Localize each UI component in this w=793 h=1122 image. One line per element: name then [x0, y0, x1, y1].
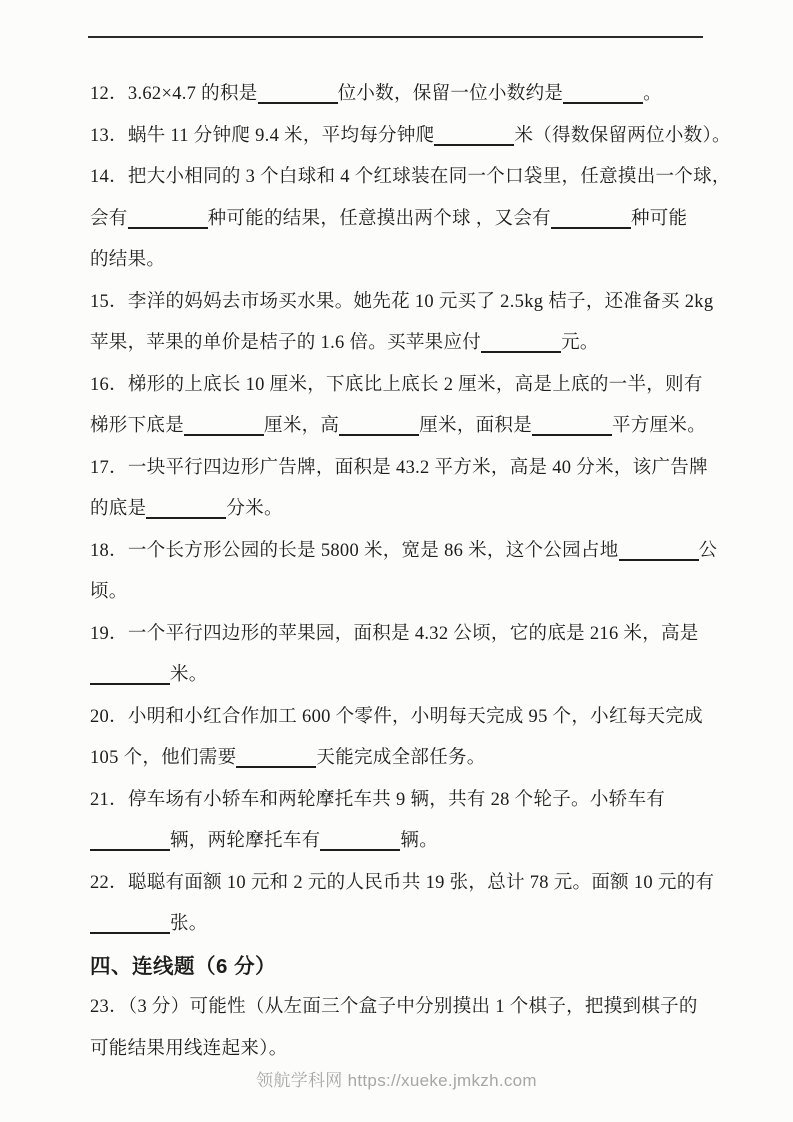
- question-text: 天能完成全部任务。: [316, 748, 485, 768]
- question-item: 20．小明和小红合作加工 600 个零件，小明每天完成 95 个，小红每天完成1…: [90, 697, 730, 780]
- top-rule: [88, 36, 703, 38]
- question-item: 21．停车场有小轿车和两轮摩托车共 9 辆，共有 28 个轮子。小轿车有辆，两轮…: [90, 780, 730, 863]
- question-text: 种可能的结果，任意摸出两个球 ，又会有: [208, 209, 551, 229]
- answer-blank[interactable]: [90, 916, 170, 934]
- question-text: 的结果。: [90, 250, 165, 270]
- question-text: 顷。: [90, 582, 128, 602]
- question-line: 16．梯形的上底长 10 厘米，下底比上底长 2 厘米，高是上底的一半，则有: [90, 365, 730, 407]
- question-text: 15．李洋的妈妈去市场买水果。她先花 10 元买了 2.5kg 桔子，还准备买 …: [90, 292, 713, 312]
- question-line: 19．一个平行四边形的苹果园，面积是 4.32 公顷，它的底是 216 米，高是: [90, 614, 730, 656]
- question-text: 22．聪聪有面额 10 元和 2 元的人民币共 19 张，总计 78 元。面额 …: [90, 873, 714, 893]
- question-text: 米。: [170, 665, 208, 685]
- question-text: 梯形下底是: [90, 416, 184, 436]
- question-text: 平方厘米。: [612, 416, 706, 436]
- question-text: 23．（3 分）可能性（从左面三个盒子中分别摸出 1 个棋子，把摸到棋子的: [90, 997, 698, 1017]
- question-item: 18．一个长方形公园的长是 5800 米，宽是 86 米，这个公园占地公顷。: [90, 531, 730, 614]
- question-line: 23．（3 分）可能性（从左面三个盒子中分别摸出 1 个棋子，把摸到棋子的: [90, 987, 730, 1029]
- question-text: 米（得数保留两位小数）。: [514, 126, 730, 146]
- question-text: 辆，两轮摩托车有: [170, 831, 320, 851]
- question-text: 105 个，他们需要: [90, 748, 236, 768]
- question-text: 18．一个长方形公园的长是 5800 米，宽是 86 米，这个公园占地: [90, 541, 619, 561]
- question-line: 22．聪聪有面额 10 元和 2 元的人民币共 19 张，总计 78 元。面额 …: [90, 863, 730, 905]
- question-line: 可能结果用线连起来）。: [90, 1029, 730, 1071]
- question-text: 苹果，苹果的单价是桔子的 1.6 倍。买苹果应付: [90, 333, 481, 353]
- question-line: 20．小明和小红合作加工 600 个零件，小明每天完成 95 个，小红每天完成: [90, 697, 730, 739]
- question-line: 13．蜗牛 11 分钟爬 9.4 米，平均每分钟爬米（得数保留两位小数）。: [90, 116, 730, 158]
- answer-blank[interactable]: [146, 501, 226, 519]
- answer-blank[interactable]: [532, 418, 612, 436]
- answer-blank[interactable]: [619, 543, 699, 561]
- question-item: 19．一个平行四边形的苹果园，面积是 4.32 公顷，它的底是 216 米，高是…: [90, 614, 730, 697]
- question-line: 张。: [90, 904, 730, 946]
- question-line: 顷。: [90, 572, 730, 614]
- answer-blank[interactable]: [184, 418, 264, 436]
- question-line: 的底是分米。: [90, 489, 730, 531]
- question-item: 23．（3 分）可能性（从左面三个盒子中分别摸出 1 个棋子，把摸到棋子的可能结…: [90, 987, 730, 1070]
- question-line: 苹果，苹果的单价是桔子的 1.6 倍。买苹果应付元。: [90, 323, 730, 365]
- question-line: 15．李洋的妈妈去市场买水果。她先花 10 元买了 2.5kg 桔子，还准备买 …: [90, 282, 730, 324]
- questions-container: 12．3.62×4.7 的积是位小数，保留一位小数约是。13．蜗牛 11 分钟爬…: [90, 74, 730, 1070]
- question-text: 17．一块平行四边形广告牌，面积是 43.2 平方米，高是 40 分米，该广告牌: [90, 458, 708, 478]
- question-item: 17．一块平行四边形广告牌，面积是 43.2 平方米，高是 40 分米，该广告牌…: [90, 448, 730, 531]
- question-text: 分米。: [226, 499, 282, 519]
- question-item: 12．3.62×4.7 的积是位小数，保留一位小数约是。: [90, 74, 730, 116]
- question-text: 19．一个平行四边形的苹果园，面积是 4.32 公顷，它的底是 216 米，高是: [90, 624, 699, 644]
- question-text: 可能结果用线连起来）。: [90, 1039, 288, 1059]
- answer-blank[interactable]: [551, 211, 631, 229]
- section-heading: 四、连线题（6 分）: [90, 946, 730, 988]
- question-text: 21．停车场有小轿车和两轮摩托车共 9 辆，共有 28 个轮子。小轿车有: [90, 790, 665, 810]
- question-line: 105 个，他们需要天能完成全部任务。: [90, 738, 730, 780]
- answer-blank[interactable]: [481, 335, 561, 353]
- question-text: 14．把大小相同的 3 个白球和 4 个红球装在同一个口袋里，任意摸出一个球，: [90, 167, 731, 187]
- question-text: 16．梯形的上底长 10 厘米，下底比上底长 2 厘米，高是上底的一半，则有: [90, 375, 703, 395]
- question-text: 会有: [90, 209, 128, 229]
- question-text: 张。: [170, 914, 208, 934]
- question-text: 辆。: [400, 831, 438, 851]
- question-text: 。: [643, 84, 662, 104]
- question-line: 14．把大小相同的 3 个白球和 4 个红球装在同一个口袋里，任意摸出一个球，: [90, 157, 730, 199]
- answer-blank[interactable]: [339, 418, 419, 436]
- answer-blank[interactable]: [258, 86, 338, 104]
- question-text: 元。: [561, 333, 599, 353]
- question-item: 22．聪聪有面额 10 元和 2 元的人民币共 19 张，总计 78 元。面额 …: [90, 863, 730, 946]
- question-item: 13．蜗牛 11 分钟爬 9.4 米，平均每分钟爬米（得数保留两位小数）。: [90, 116, 730, 158]
- question-line: 18．一个长方形公园的长是 5800 米，宽是 86 米，这个公园占地公: [90, 531, 730, 573]
- answer-blank[interactable]: [236, 750, 316, 768]
- question-text: 公: [699, 541, 718, 561]
- question-text: 厘米，高: [264, 416, 339, 436]
- question-text: 种可能: [631, 209, 687, 229]
- answer-blank[interactable]: [434, 128, 514, 146]
- question-text: 12．3.62×4.7 的积是: [90, 84, 258, 104]
- question-line: 的结果。: [90, 240, 730, 282]
- question-line: 米。: [90, 655, 730, 697]
- question-text: 13．蜗牛 11 分钟爬 9.4 米，平均每分钟爬: [90, 126, 434, 146]
- answer-blank[interactable]: [320, 833, 400, 851]
- question-line: 21．停车场有小轿车和两轮摩托车共 9 辆，共有 28 个轮子。小轿车有: [90, 780, 730, 822]
- question-text: 20．小明和小红合作加工 600 个零件，小明每天完成 95 个，小红每天完成: [90, 707, 703, 727]
- answer-blank[interactable]: [90, 833, 170, 851]
- question-item: 16．梯形的上底长 10 厘米，下底比上底长 2 厘米，高是上底的一半，则有梯形…: [90, 365, 730, 448]
- question-text: 厘米，面积是: [419, 416, 532, 436]
- question-line: 12．3.62×4.7 的积是位小数，保留一位小数约是。: [90, 74, 730, 116]
- question-line: 梯形下底是厘米，高厘米，面积是平方厘米。: [90, 406, 730, 448]
- watermark-footer: 领航学科网 https://xueke.jmkzh.com: [0, 1066, 793, 1091]
- question-line: 会有种可能的结果，任意摸出两个球 ，又会有种可能: [90, 199, 730, 241]
- answer-blank[interactable]: [563, 86, 643, 104]
- question-line: 17．一块平行四边形广告牌，面积是 43.2 平方米，高是 40 分米，该广告牌: [90, 448, 730, 490]
- question-item: 14．把大小相同的 3 个白球和 4 个红球装在同一个口袋里，任意摸出一个球，会…: [90, 157, 730, 282]
- question-line: 辆，两轮摩托车有辆。: [90, 821, 730, 863]
- answer-blank[interactable]: [90, 667, 170, 685]
- question-text: 的底是: [90, 499, 146, 519]
- question-item: 15．李洋的妈妈去市场买水果。她先花 10 元买了 2.5kg 桔子，还准备买 …: [90, 282, 730, 365]
- answer-blank[interactable]: [128, 211, 208, 229]
- question-text: 位小数，保留一位小数约是: [338, 84, 564, 104]
